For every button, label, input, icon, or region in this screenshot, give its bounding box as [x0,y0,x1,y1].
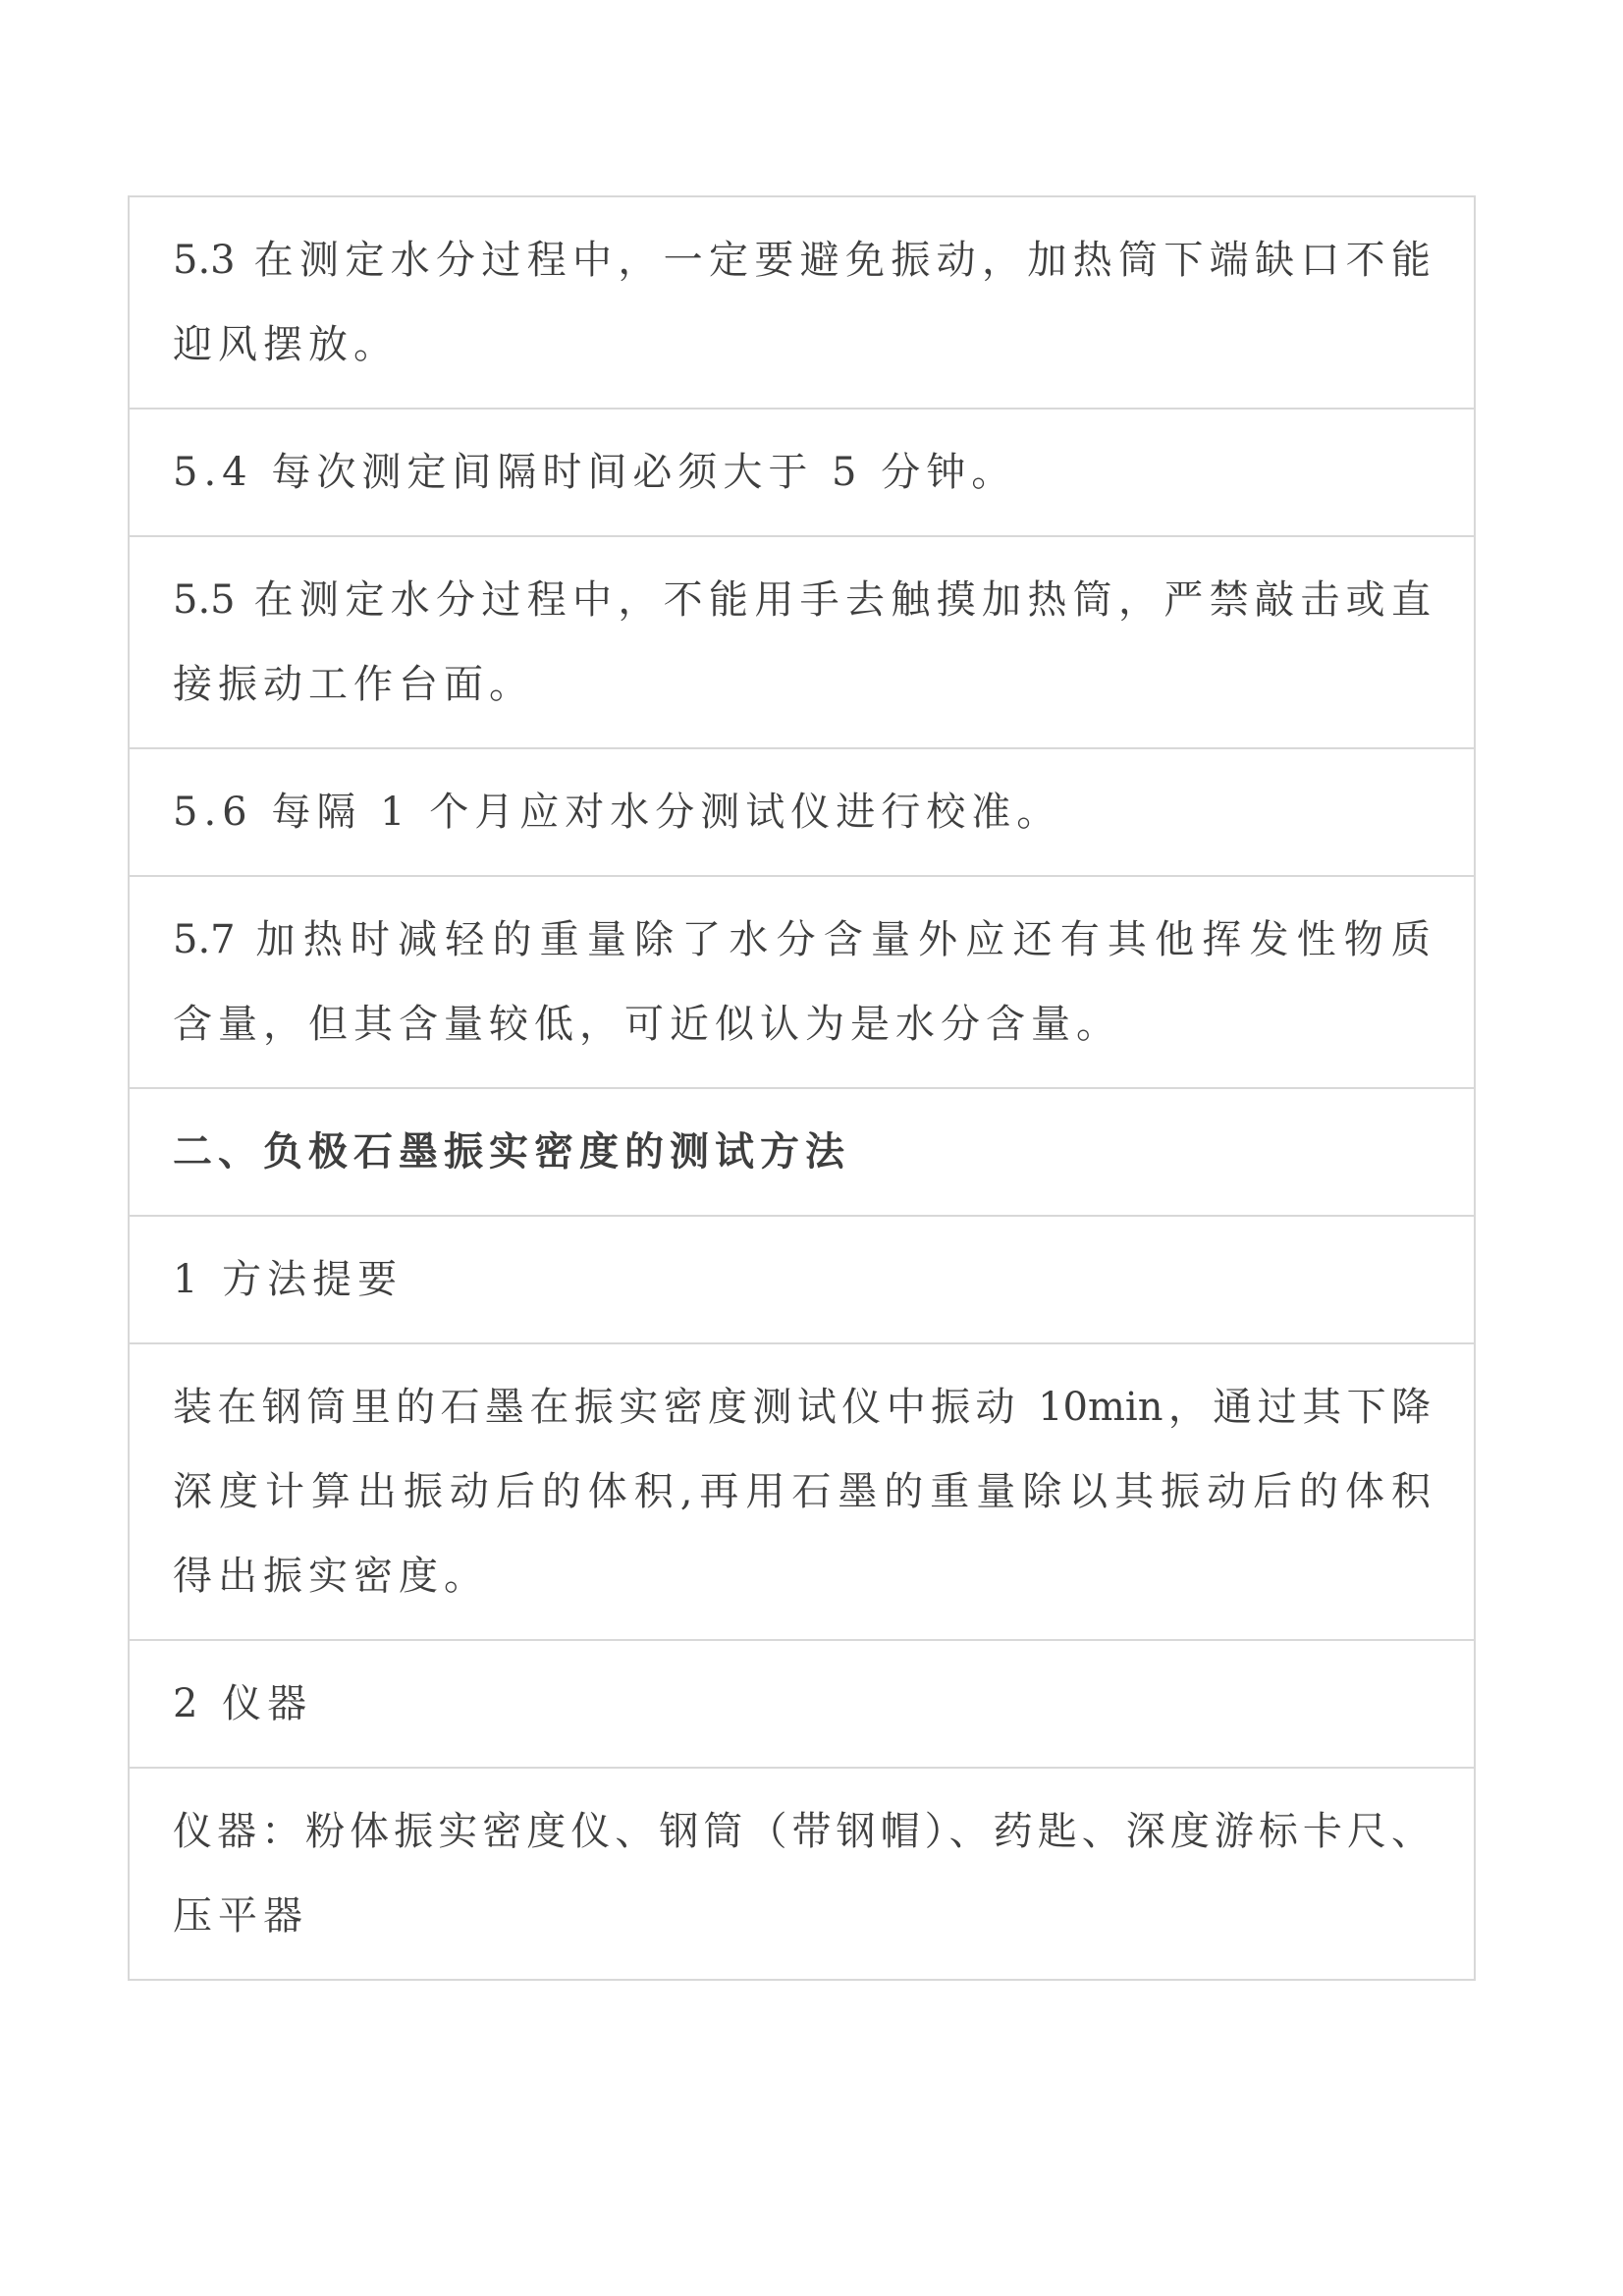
text-line: 深度计算出振动后的体积,再用石墨的重量除以其振动后的体积 [173,1449,1431,1534]
text-line: 装在钢筒里的石墨在振实密度测试仪中振动 10min，通过其下降 [173,1365,1431,1449]
table-row-5-4: 5.4 每次测定间隔时间必须大于 5 分钟。 [130,408,1474,535]
text-line: 接振动工作台面。 [173,642,1431,727]
text-line: 5.7 加热时减轻的重量除了水分含量外应还有其他挥发性物质 [173,898,1431,982]
text-line: 5.4 每次测定间隔时间必须大于 5 分钟。 [173,430,1431,515]
table-row-method-summary: 1 方法提要 [130,1215,1474,1342]
table-row-section-2: 二、负极石墨振实密度的测试方法 [130,1087,1474,1215]
text-line: 5.3 在测定水分过程中，一定要避免振动，加热筒下端缺口不能 [173,218,1431,302]
content-table: 5.3 在测定水分过程中，一定要避免振动，加热筒下端缺口不能 迎风摆放。 5.4… [128,195,1476,1981]
table-row-5-7: 5.7 加热时减轻的重量除了水分含量外应还有其他挥发性物质 含量，但其含量较低，… [130,875,1474,1087]
text-line: 仪器：粉体振实密度仪、钢筒（带钢帽）、药匙、深度游标卡尺、 [173,1789,1431,1874]
section-heading: 二、负极石墨振实密度的测试方法 [173,1110,1431,1194]
text-line: 5.6 每隔 1 个月应对水分测试仪进行校准。 [173,770,1431,854]
text-line: 迎风摆放。 [173,302,1431,387]
document-page: 5.3 在测定水分过程中，一定要避免振动，加热筒下端缺口不能 迎风摆放。 5.4… [0,0,1623,2296]
table-row-5-6: 5.6 每隔 1 个月应对水分测试仪进行校准。 [130,747,1474,875]
text-line: 2 仪器 [173,1662,1431,1746]
text-line: 压平器 [173,1874,1431,1958]
text-line: 1 方法提要 [173,1237,1431,1322]
table-row-instruments-body: 仪器：粉体振实密度仪、钢筒（带钢帽）、药匙、深度游标卡尺、 压平器 [130,1767,1474,1979]
table-row-5-5: 5.5 在测定水分过程中，不能用手去触摸加热筒，严禁敲击或直 接振动工作台面。 [130,535,1474,747]
table-row-5-3: 5.3 在测定水分过程中，一定要避免振动，加热筒下端缺口不能 迎风摆放。 [130,197,1474,408]
table-row-method-body: 装在钢筒里的石墨在振实密度测试仪中振动 10min，通过其下降 深度计算出振动后… [130,1342,1474,1639]
text-line: 得出振实密度。 [173,1534,1431,1618]
text-line: 含量，但其含量较低，可近似认为是水分含量。 [173,982,1431,1066]
text-line: 5.5 在测定水分过程中，不能用手去触摸加热筒，严禁敲击或直 [173,558,1431,642]
table-row-instruments-heading: 2 仪器 [130,1639,1474,1767]
